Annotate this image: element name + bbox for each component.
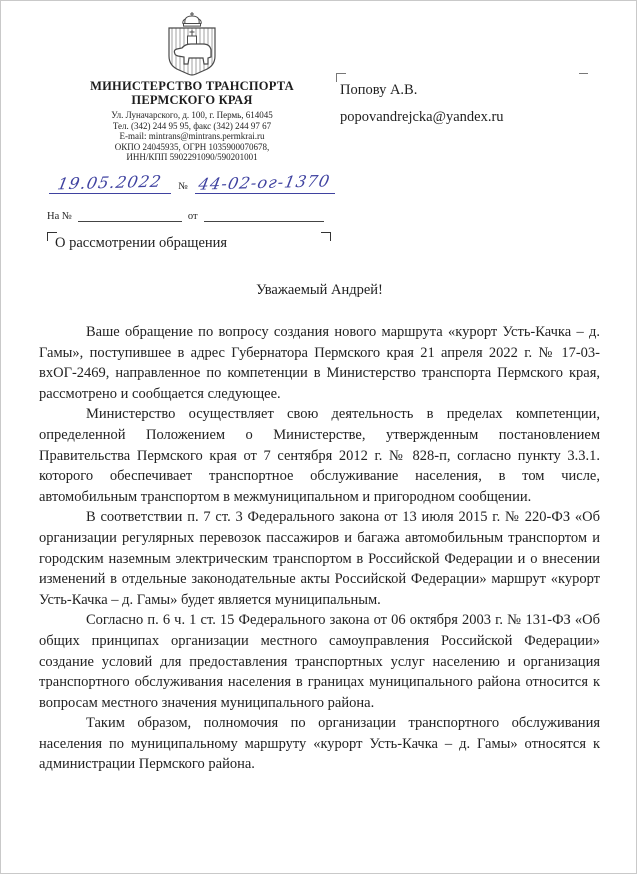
recipient-email: popovandrejcka@yandex.ru xyxy=(340,104,592,131)
corner-mark-icon xyxy=(321,232,331,241)
number-sign: № xyxy=(178,181,188,194)
letterhead: МИНИСТЕРСТВО ТРАНСПОРТА ПЕРМСКОГО КРАЯ У… xyxy=(47,11,337,252)
coat-of-arms-icon xyxy=(146,11,238,77)
reference-row: На № от xyxy=(47,211,337,222)
org-address-line: Ул. Луначарского, д. 100, г. Пермь, 6140… xyxy=(47,110,337,121)
org-name-line1: МИНИСТЕРСТВО ТРАНСПОРТА xyxy=(47,79,337,93)
org-name-line2: ПЕРМСКОГО КРАЯ xyxy=(47,93,337,107)
from-blank-line xyxy=(204,211,324,222)
subject-text: О рассмотрении обращения xyxy=(55,235,227,251)
corner-mark-icon xyxy=(336,73,346,82)
body-paragraph: В соответствии п. 7 ст. 3 Федерального з… xyxy=(39,507,600,610)
body-paragraph: Ваше обращение по вопросу создания новог… xyxy=(39,322,600,404)
subject-line: О рассмотрении обращения xyxy=(47,232,331,252)
from-label: от xyxy=(188,211,198,222)
org-inn-kpp-line: ИНН/КПП 5902291090/590201001 xyxy=(47,152,337,163)
handwritten-number-field: 44-02-ог-1370 xyxy=(195,173,335,194)
recipient-name: Попову А.В. xyxy=(340,77,592,104)
handwritten-number: 44-02-ог-1370 xyxy=(193,171,336,194)
dash-mark-icon xyxy=(579,73,588,74)
org-phone-line: Тел. (342) 244 95 95, факс (342) 244 97 … xyxy=(47,121,337,132)
body-paragraph: Министерство осуществляет свою деятельно… xyxy=(39,404,600,507)
date-number-row: 19.05.2022 № 44-02-ог-1370 xyxy=(47,168,337,194)
in-reply-label: На № xyxy=(47,211,72,222)
body-paragraph: Таким образом, полномочия по организации… xyxy=(39,713,600,775)
in-reply-blank-line xyxy=(78,211,182,222)
org-address-block: Ул. Луначарского, д. 100, г. Пермь, 6140… xyxy=(47,110,337,163)
scanned-letter-page: МИНИСТЕРСТВО ТРАНСПОРТА ПЕРМСКОГО КРАЯ У… xyxy=(0,0,637,874)
handwritten-date: 19.05.2022 xyxy=(52,171,168,193)
body-paragraph: Согласно п. 6 ч. 1 ст. 15 Федерального з… xyxy=(39,610,600,713)
salutation: Уважаемый Андрей! xyxy=(39,282,600,299)
corner-mark-icon xyxy=(47,232,57,241)
org-email-line: E-mail: mintrans@mintrans.permkrai.ru xyxy=(47,131,337,142)
recipient-block: Попову А.В. popovandrejcka@yandex.ru xyxy=(340,71,592,131)
letter-body: Уважаемый Андрей! Ваше обращение по вопр… xyxy=(39,282,600,775)
handwritten-date-field: 19.05.2022 xyxy=(49,173,171,194)
org-okpo-ogrn-line: ОКПО 24045935, ОГРН 1035900070678, xyxy=(47,142,337,153)
